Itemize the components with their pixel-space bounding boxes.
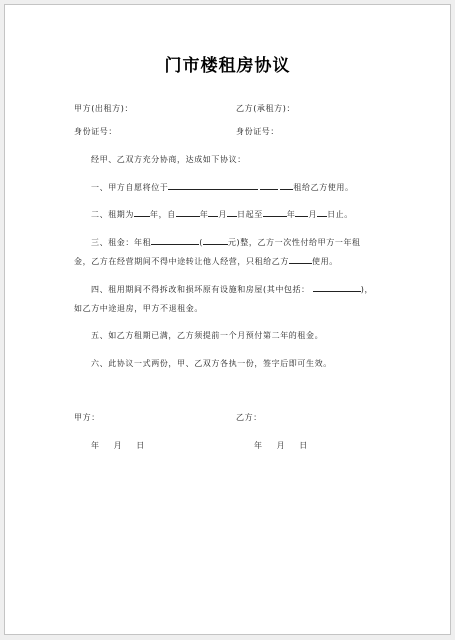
rent-amount-blank	[203, 243, 228, 245]
signature-date-a: 年月日	[91, 442, 145, 450]
signature-date-b: 年月日	[254, 442, 308, 450]
clause-3-text: 三、租金：年租	[91, 238, 151, 247]
clause-2-text: 月	[218, 210, 227, 219]
signature-party-b: 乙方：	[236, 414, 262, 422]
end-month-blank	[295, 215, 308, 217]
date-year: 年	[91, 441, 100, 450]
location-blank-3	[280, 188, 293, 190]
date-year: 年	[254, 441, 263, 450]
clause-2: 二、租期为年，自年月日起至年月日止。	[91, 211, 353, 219]
clause-4-line-1: 四、租用期间不得拆改和损坏原有设施和房屋(其中包括：)，	[91, 286, 373, 294]
signature-party-a: 甲方：	[74, 414, 100, 422]
clause-1: 一、甲方自愿将位于租给乙方使用。	[91, 184, 354, 192]
clause-4-line-2: 如乙方中途退房，甲方不退租金。	[74, 305, 203, 313]
location-blank-2	[260, 188, 278, 190]
clause-2-text: 年	[200, 210, 209, 219]
party-b-id-label: 身份证号：	[236, 128, 279, 136]
annual-rent-blank	[151, 243, 199, 245]
date-month: 月	[114, 441, 123, 450]
party-b-label: 乙方(承租方)：	[236, 105, 295, 113]
start-year-blank	[176, 215, 200, 217]
clause-2-text: 日止。	[327, 210, 353, 219]
clause-4-text: 四、租用期间不得拆改和损坏原有设施和房屋(其中包括：	[91, 285, 310, 294]
clause-2-text: 年，自	[150, 210, 176, 219]
clause-2-text: 月	[308, 210, 317, 219]
document-page: 门市楼租房协议 甲方(出租方)： 乙方(承租方)： 身份证号： 身份证号： 经甲…	[4, 4, 451, 635]
intro-text: 经甲、乙双方充分协商，达成如下协议：	[91, 156, 246, 164]
clause-3-line-1: 三、租金：年租(元)整，乙方一次性付给甲方一年租	[91, 239, 361, 247]
date-day: 日	[136, 441, 145, 450]
facilities-blank	[313, 290, 361, 292]
clause-2-text: 日起至	[237, 210, 263, 219]
end-day-blank	[317, 215, 327, 217]
clause-2-text: 年	[287, 210, 296, 219]
clause-3-text: 元)整，乙方一次性付给甲方一年租	[228, 238, 361, 247]
location-blank	[168, 188, 258, 190]
end-year-blank	[263, 215, 287, 217]
clause-4-text: )，	[361, 285, 373, 294]
term-years-blank	[134, 215, 150, 217]
date-day: 日	[299, 441, 308, 450]
start-day-blank	[227, 215, 237, 217]
clause-6: 六、此协议一式两份，甲、乙双方各执一份，签字后即可生效。	[91, 360, 332, 368]
clause-1-prefix: 一、甲方自愿将位于	[91, 183, 168, 192]
clause-3-text: 使用。	[312, 257, 338, 266]
party-a-label: 甲方(出租方)：	[74, 105, 133, 113]
clause-3-line-2: 金，乙方在经营期间不得中途转让他人经营，只租给乙方使用。	[74, 258, 338, 266]
clause-1-suffix: 租给乙方使用。	[293, 183, 353, 192]
document-title: 门市楼租房协议	[5, 58, 450, 75]
clause-3-text: 金，乙方在经营期间不得中途转让他人经营，只租给乙方	[74, 257, 289, 266]
clause-5: 五、如乙方租期已满，乙方须提前一个月预付第二年的租金。	[91, 332, 323, 340]
clause-2-text: 二、租期为	[91, 210, 134, 219]
start-month-blank	[208, 215, 218, 217]
use-purpose-blank	[289, 262, 312, 264]
party-a-id-label: 身份证号：	[74, 128, 117, 136]
date-month: 月	[277, 441, 286, 450]
